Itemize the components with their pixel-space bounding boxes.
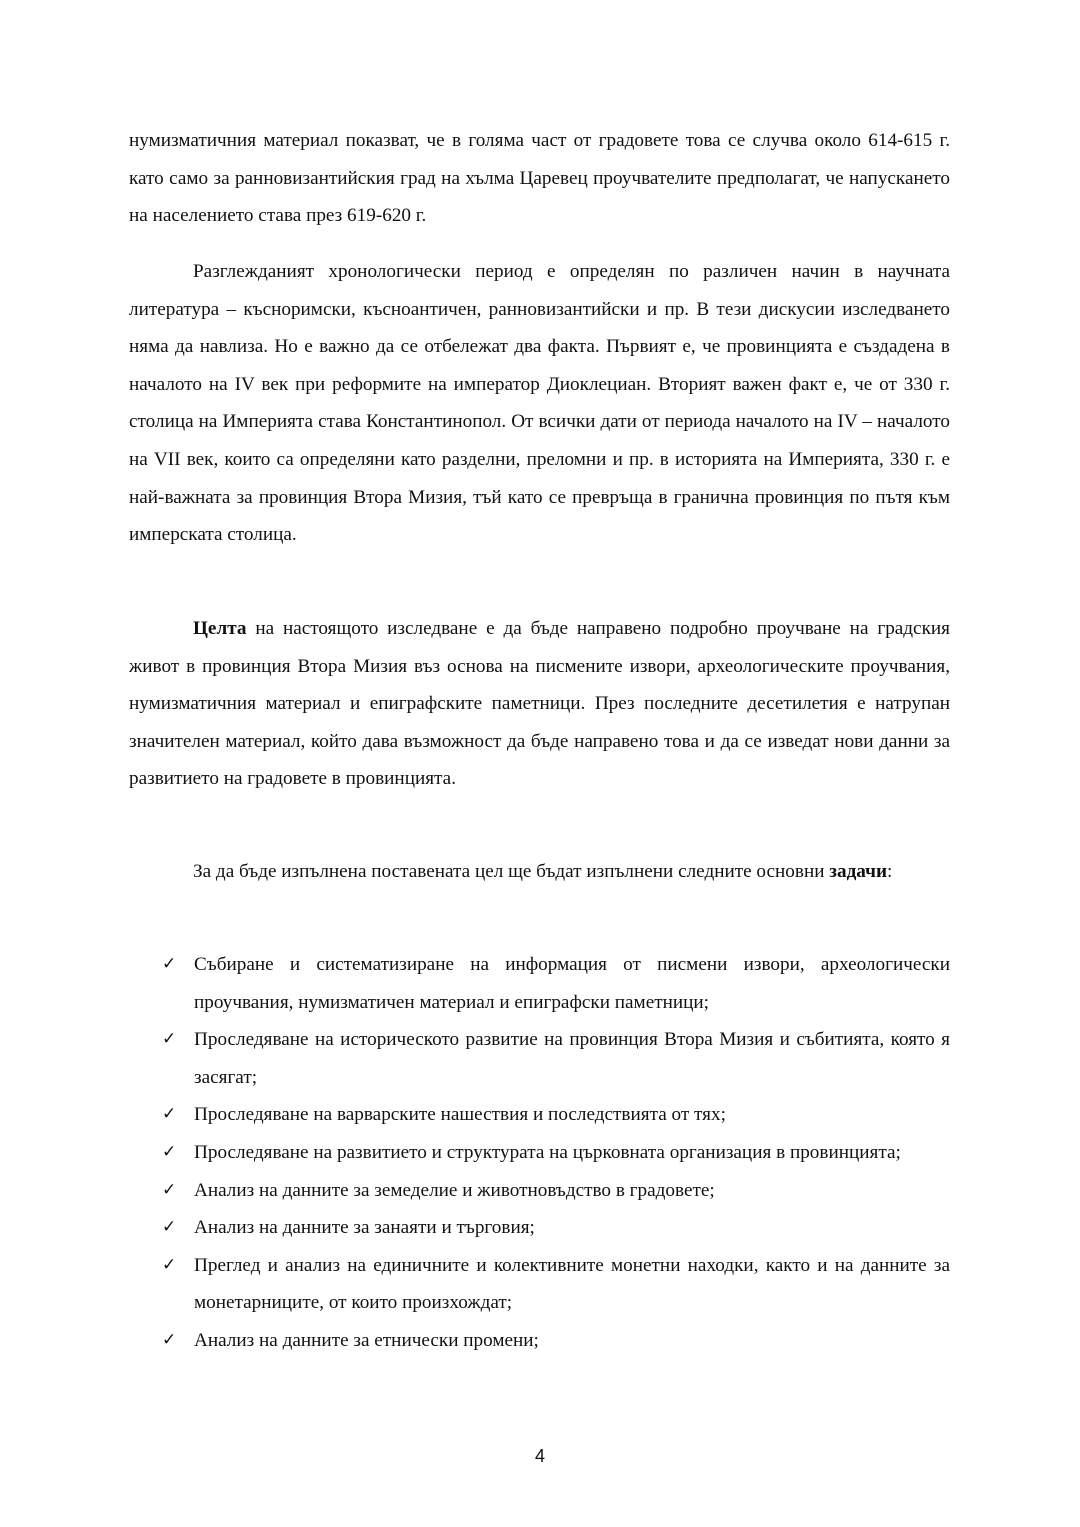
task-text: Анализ на данните за земеделие и животно… <box>194 1180 715 1201</box>
paragraph-tasks-intro: За да бъде изпълнена поставената цел ще … <box>129 853 950 891</box>
task-text: Проследяване на развитието и структурата… <box>194 1142 901 1163</box>
tasks-bold-term: задачи <box>829 861 887 882</box>
task-text: Преглед и анализ на единичните и колекти… <box>194 1255 950 1314</box>
task-text: Анализ на данните за етнически промени; <box>194 1330 539 1351</box>
checkmark-icon: ✓ <box>162 1096 176 1134</box>
task-item: ✓Проследяване на развитието и структурат… <box>129 1134 950 1172</box>
page-number: 4 <box>0 1446 1080 1467</box>
task-item: ✓Анализ на данните за занаяти и търговия… <box>129 1209 950 1247</box>
task-text: Проследяване на варварските нашествия и … <box>194 1104 726 1125</box>
document-page: нумизматичния материал показват, че в го… <box>0 0 1080 1527</box>
task-text: Анализ на данните за занаяти и търговия; <box>194 1217 535 1238</box>
tasks-intro-colon: : <box>887 861 892 882</box>
task-item: ✓Преглед и анализ на единичните и колект… <box>129 1247 950 1322</box>
checkmark-icon: ✓ <box>162 1322 176 1360</box>
task-item: ✓Проследяване на варварските нашествия и… <box>129 1096 950 1134</box>
task-item: ✓Анализ на данните за етнически промени; <box>129 1322 950 1360</box>
checkmark-icon: ✓ <box>162 1247 176 1285</box>
checkmark-icon: ✓ <box>162 946 176 984</box>
checkmark-icon: ✓ <box>162 1021 176 1059</box>
paragraph-chronology: Разглежданият хронологически период е оп… <box>129 253 950 554</box>
checkmark-icon: ✓ <box>162 1172 176 1210</box>
task-text: Събиране и систематизиране на информация… <box>194 954 950 1013</box>
task-item: ✓Проследяване на историческото развитие … <box>129 1021 950 1096</box>
task-item: ✓Анализ на данните за земеделие и животн… <box>129 1172 950 1210</box>
goal-text: на настоящото изследване е да бъде напра… <box>129 618 950 789</box>
tasks-intro-text: За да бъде изпълнена поставената цел ще … <box>193 861 829 882</box>
paragraph-goal: Целта на настоящото изследване е да бъде… <box>129 610 950 798</box>
checkmark-icon: ✓ <box>162 1134 176 1172</box>
task-text: Проследяване на историческото развитие н… <box>194 1029 950 1088</box>
paragraph-continuation: нумизматичния материал показват, че в го… <box>129 122 950 235</box>
checkmark-icon: ✓ <box>162 1209 176 1247</box>
goal-bold-term: Целта <box>193 618 246 639</box>
task-list: ✓Събиране и систематизиране на информаци… <box>129 946 950 1360</box>
task-item: ✓Събиране и систематизиране на информаци… <box>129 946 950 1021</box>
